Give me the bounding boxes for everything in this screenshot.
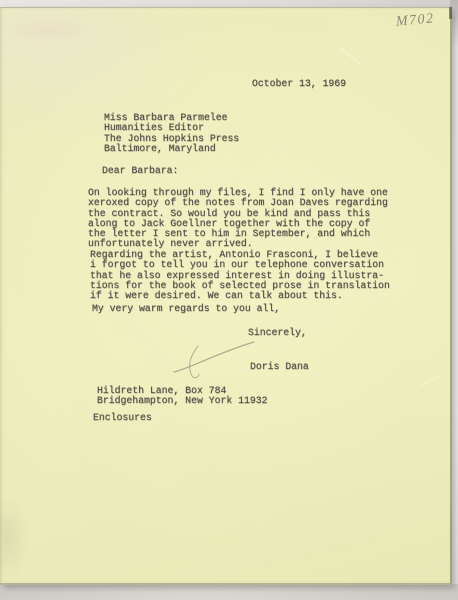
sender-address: Hildreth Lane, Box 784 Bridgehampton, Ne… (97, 386, 268, 407)
signature-name: Doris Dana (250, 362, 309, 372)
scanner-bed-bottom (0, 584, 458, 600)
recipient-address: Miss Barbara Parmelee Humanities Editor … (104, 113, 239, 154)
letter-date: October 13, 1969 (252, 79, 346, 89)
body-paragraph: My very warm regards to you all, (92, 304, 280, 314)
body-paragraph: Regarding the artist, Antonio Frasconi, … (90, 250, 390, 301)
paper-corner-shadow (449, 7, 452, 19)
enclosures-note: Enclosures (93, 413, 152, 423)
paper-crease (341, 48, 362, 65)
paper-crease (419, 374, 441, 386)
scan-background: M702 October 13, 1969 Miss Barbara Parme… (0, 0, 458, 600)
catalog-mark: M702 (395, 11, 435, 30)
body-paragraph: On looking through my files, I find I on… (88, 188, 388, 250)
salutation: Dear Barbara: (102, 166, 178, 176)
letter-page: M702 October 13, 1969 Miss Barbara Parme… (0, 7, 452, 585)
pencil-squiggle (168, 334, 268, 382)
